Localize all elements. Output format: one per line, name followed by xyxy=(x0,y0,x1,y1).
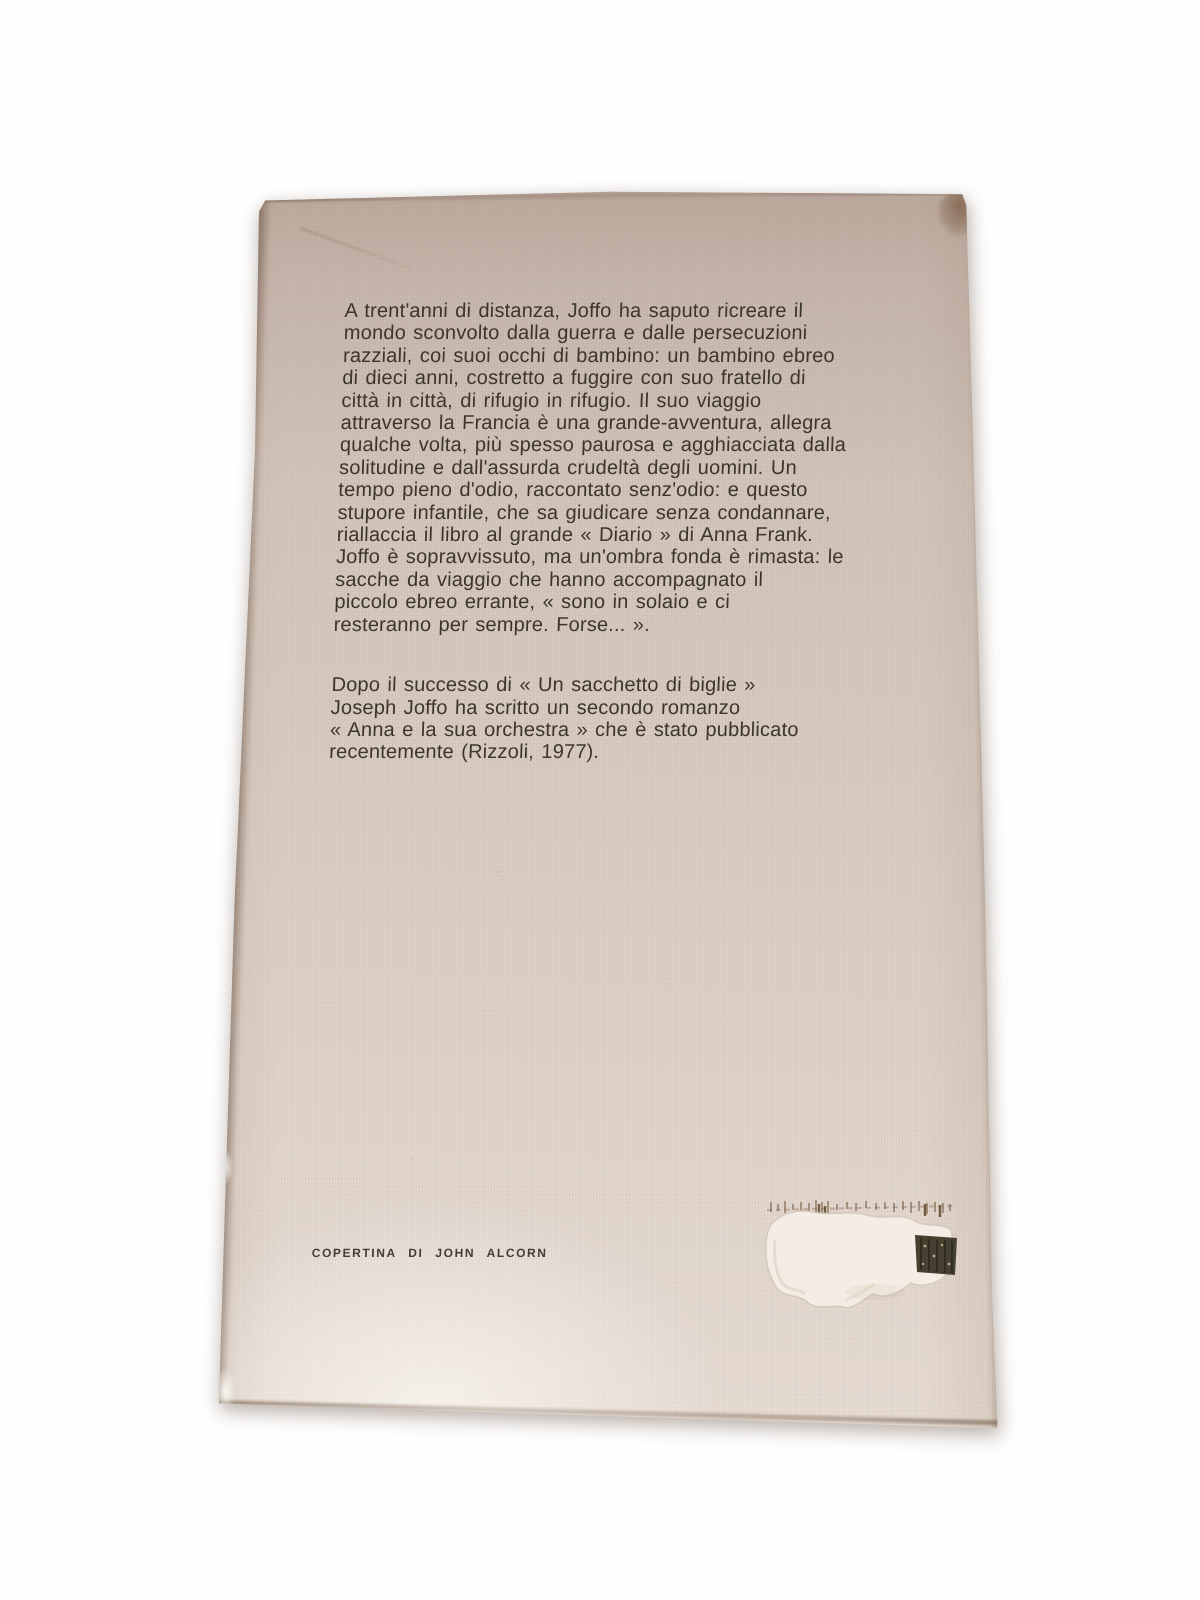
promo-line: Dopo il successo di « Un sacchetto di bi… xyxy=(331,674,917,696)
blurb-line: piccolo ebreo errante, « sono in solaio … xyxy=(334,591,920,613)
book-back-cover: A trent'anni di distanza, Joffo ha saput… xyxy=(215,188,1000,1432)
blurb-line: tempo pieno d'odio, raccontato senz'odio… xyxy=(338,479,924,501)
blurb-line: solitudine e dall'assurda crudeltà degli… xyxy=(339,457,925,479)
blurb-line: sacche da viaggio che hanno accompagnato… xyxy=(335,569,921,591)
blurb-line: attraverso la Francia è una grande-avven… xyxy=(340,412,926,434)
promo-paragraph: Dopo il successo di « Un sacchetto di bi… xyxy=(329,674,917,764)
blurb-line: mondo sconvolto dalla guerra e dalle per… xyxy=(343,322,929,344)
blurb-line: resteranno per sempre. Forse... ». xyxy=(333,614,919,636)
cover-credit: COPERTINA DI JOHN ALCORN xyxy=(311,1246,547,1260)
blurb-line: qualche volta, più spesso paurosa e aggh… xyxy=(340,434,926,456)
torn-sticker-residue xyxy=(755,1180,970,1315)
promo-line: « Anna e la sua orchestra » che è stato … xyxy=(330,719,916,741)
blurb-line: città in città, di rifugio in rifugio. I… xyxy=(341,390,927,412)
promo-line: recentemente (Rizzoli, 1977). xyxy=(329,741,915,763)
worn-bottom-edge xyxy=(219,1400,999,1425)
cover-crease xyxy=(300,227,413,270)
book-back-cover-wrap: A trent'anni di distanza, Joffo ha saput… xyxy=(215,188,1000,1432)
blurb-paragraph: A trent'anni di distanza, Joffo ha saput… xyxy=(333,300,930,636)
blurb-line: di dieci anni, costretto a fuggire con s… xyxy=(342,367,928,389)
blurb-line: A trent'anni di distanza, Joffo ha saput… xyxy=(344,300,930,322)
blurb-line: stupore infantile, che sa giudicare senz… xyxy=(337,502,923,524)
blurb-line: razziali, coi suoi occhi di bambino: un … xyxy=(343,345,929,367)
worn-top-edge xyxy=(255,189,965,202)
edge-wear-spot xyxy=(217,1150,233,1184)
blurb-line: Joffo è sopravvissuto, ma un'ombra fonda… xyxy=(336,546,922,568)
blurb-line: riallaccia il libro al grande « Diario »… xyxy=(336,524,922,546)
edge-wear-spot xyxy=(215,1368,235,1414)
printed-text-layer: A trent'anni di distanza, Joffo ha saput… xyxy=(199,300,1000,764)
worn-top-right-corner xyxy=(937,193,975,237)
photo-background: A trent'anni di distanza, Joffo ha saput… xyxy=(0,0,1200,1600)
promo-line: Joseph Joffo ha scritto un secondo roman… xyxy=(330,697,916,719)
